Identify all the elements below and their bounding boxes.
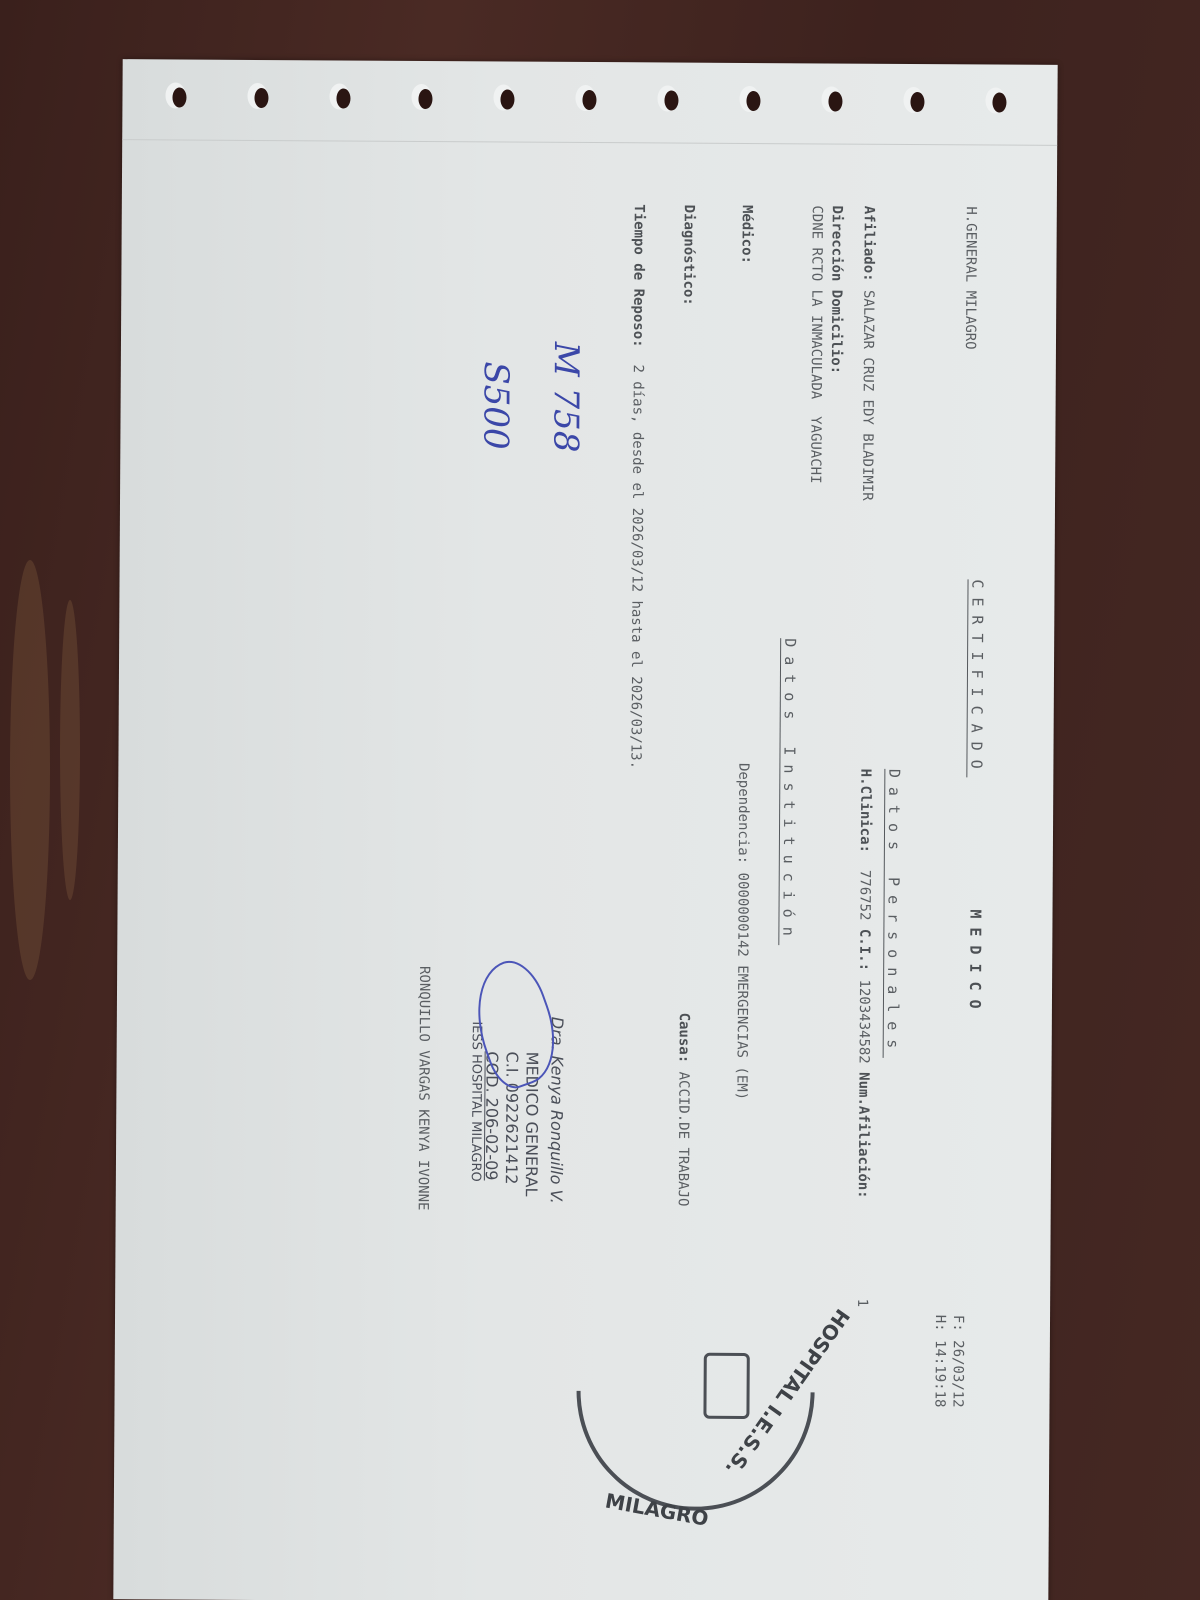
reposo-row: Tiempo de Reposo: 2 días, desde el 2026/…: [627, 204, 646, 769]
direccion-value: CDNE RCTO LA INMACULADA YAGUACHI: [807, 205, 825, 483]
section-datos-institucion: Datos Institución: [778, 638, 799, 945]
hclinica-value: 776752: [856, 870, 872, 921]
hclinica-row: H.Clinica: 776752 C.I.: 1203434582 Num.A…: [855, 769, 874, 1199]
title-certificado: CERTIFICADO: [966, 579, 986, 777]
hospital-header: H.GENERAL MILAGRO: [962, 206, 979, 349]
reposo-value: 2 días, desde el 2026/03/12 hasta el 202…: [627, 364, 645, 769]
rotated-content: H.GENERAL MILAGRO F: 26/03/12 H: 14:19:1…: [114, 59, 1058, 1525]
page-number: 1: [854, 1299, 870, 1308]
seal-emblem-icon: [703, 1353, 749, 1419]
title-medico: MEDICO: [966, 909, 985, 1017]
afiliado-value: SALAZAR CRUZ EDY BLADIMIR: [859, 290, 876, 501]
wood-grain: [10, 560, 50, 980]
certificate-paper: H.GENERAL MILAGRO F: 26/03/12 H: 14:19:1…: [113, 59, 1057, 1600]
wood-grain: [60, 600, 80, 900]
causa-value: ACCID.DE TRABAJO: [675, 1072, 692, 1207]
section-datos-personales: Datos Personales: [883, 769, 904, 1058]
doctor-printed-name: RONQUILLO VARGAS KENYA IVONNE: [415, 966, 432, 1211]
time-row: H: 14:19:18: [915, 1264, 964, 1408]
handwritten-note-2: S500: [475, 361, 516, 449]
print-time: 14:19:18: [931, 1340, 947, 1408]
doctor-stamp-hospital: IESS HOSPITAL MILAGRO: [468, 1021, 484, 1182]
diagnostico-label: Diagnóstico:: [680, 205, 697, 306]
direccion-label: Dirección Domicilio:: [828, 205, 845, 374]
causa-row: Causa: ACCID.DE TRABAJO: [675, 1013, 692, 1207]
ci-value: 1203434582: [856, 979, 873, 1063]
dependencia-value: 0000000142 EMERGENCIAS (EM): [733, 873, 750, 1101]
afiliado-row: Afiliado: SALAZAR CRUZ EDY BLADIMIR: [859, 206, 877, 501]
dependencia-row: Dependencia: 0000000142 EMERGENCIAS (EM): [733, 763, 751, 1100]
medico-label: Médico:: [738, 205, 754, 264]
handwritten-note-1: M 758: [545, 342, 586, 453]
